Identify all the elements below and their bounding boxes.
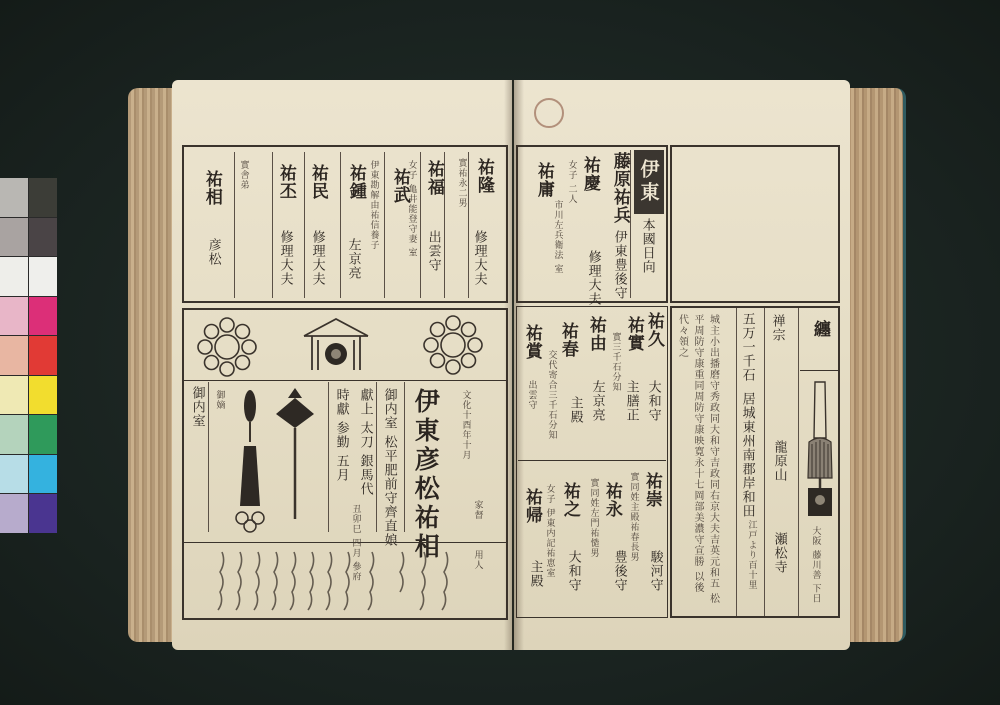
color-calibration-chart	[0, 178, 57, 530]
book-gutter	[504, 80, 524, 650]
stain-mark	[534, 98, 564, 128]
color-swatch	[29, 178, 57, 217]
entry-note: 女子 伊東内記祐恵室	[544, 484, 553, 584]
entry-note: 實同姓主殿祐春長男	[628, 472, 637, 562]
entry-name: 祐之	[560, 482, 578, 518]
stipend: 五万一千石	[740, 312, 754, 382]
entry-name: 祐隆	[474, 158, 492, 194]
temple-sect: 禅宗	[770, 314, 784, 342]
entry-title: 駿河守	[648, 550, 662, 592]
entry-title: 修理大夫	[278, 230, 292, 286]
color-swatch	[29, 218, 57, 257]
color-swatch	[29, 376, 57, 415]
entry-name: 祐庸	[534, 162, 552, 198]
left-page: 祐隆 實祐永二男 修理大夫 祐福 出雲守 祐武 女子 亀井能登守妻 室 祐鍾 伊…	[172, 80, 512, 650]
wife-line: 御内室 松平肥前守齊直娘	[382, 388, 396, 547]
entry-name: 祐由	[586, 316, 604, 352]
entry-name: 祐春	[558, 322, 576, 358]
temple-mountain: 龍原山	[772, 440, 786, 482]
province: 本國日向	[640, 218, 654, 274]
spear-standard-icon	[270, 384, 320, 524]
crest-nine-circles-icon	[196, 316, 258, 378]
succession-note: 家督	[472, 500, 481, 520]
castle: 居城東州南郡岸和田	[740, 392, 754, 518]
publisher-mark: 大阪 藤川善 下日	[810, 526, 819, 610]
entry-title: 出雲守	[426, 230, 440, 272]
entry-name: 祐相	[202, 170, 220, 206]
entry-note: 實同姓左門祐慥男	[588, 478, 597, 558]
entry-note: 伊東勘解由祐信養子	[368, 160, 377, 260]
entry-title: 豊後守	[612, 550, 626, 592]
audience-line: 時獻 参勤 五月	[334, 388, 348, 498]
clan-title: 伊東	[634, 150, 664, 214]
ancestor-name: 藤原祐兵	[610, 152, 628, 224]
open-book: 祐隆 實祐永二男 修理大夫 祐福 出雲守 祐武 女子 亀井能登守妻 室 祐鍾 伊…	[128, 80, 906, 650]
retainer-label: 用人	[472, 550, 481, 610]
retainer-list-cursive	[212, 548, 472, 614]
entry-note: 實三千石分知	[610, 332, 619, 392]
entry-name: 祐民	[308, 164, 326, 200]
audience-line: 獻上 太刀 銀馬代	[358, 388, 372, 498]
color-swatch	[0, 297, 28, 336]
entry-title: 出雲守	[526, 380, 535, 410]
page-stack-left	[128, 88, 178, 642]
crest-gate-icon	[300, 316, 372, 372]
entry-title: 修理大夫	[586, 250, 600, 306]
right-page: 伊東 本國日向 藤原祐兵 伊東豊後守 祐慶 女子 二人 修理大夫 祐庸 市川左兵…	[514, 80, 850, 650]
entry-note: 交代寄合三千石分知	[546, 350, 555, 440]
color-swatch	[29, 455, 57, 494]
entry-note: 市川左兵衛法 室	[552, 200, 561, 274]
color-swatch	[29, 257, 57, 296]
entry-title: 左京亮	[590, 380, 604, 422]
entry-title: 左京亮	[346, 238, 360, 280]
entry-name: 祐賞	[522, 324, 540, 360]
entry-name: 祐帰	[522, 488, 540, 524]
entry-name: 祐丕	[276, 164, 294, 200]
color-swatch	[0, 257, 28, 296]
color-swatch	[0, 415, 28, 454]
entry-name: 祐永	[602, 482, 620, 518]
entry-title: 修理大夫	[472, 230, 486, 286]
entry-name: 祐久	[644, 312, 662, 348]
entry-name: 祐鍾	[346, 164, 364, 200]
entry-name: 祐崇	[642, 472, 660, 508]
entry-title: 主殿	[528, 560, 542, 588]
distance: 江戸より百十里	[746, 520, 755, 590]
color-swatch	[29, 494, 57, 533]
temple-name: 瀬松寺	[772, 532, 786, 574]
color-swatch	[29, 336, 57, 375]
entry-title: 大和守	[566, 550, 580, 592]
entry-note: 實祐永二男	[456, 158, 465, 208]
color-swatch	[0, 336, 28, 375]
color-swatch	[0, 376, 28, 415]
lord-name: 伊東彦松祐相	[412, 388, 438, 562]
entry-title: 彦松	[206, 238, 220, 266]
crest-nine-circles-icon	[422, 314, 484, 376]
side-label: 御嫡	[214, 390, 223, 410]
color-swatch	[29, 297, 57, 336]
side-label: 御内室	[190, 386, 204, 428]
color-swatch	[0, 178, 28, 217]
page-stack-right	[848, 88, 906, 642]
entry-note: 實舎弟	[238, 160, 247, 190]
entry-name: 祐慶	[580, 156, 598, 192]
color-swatch	[0, 494, 28, 533]
domain-history: 城主小出播磨守秀政同大和守吉政同右京大夫吉英元和五 松平周防守康重同周防守康映寛…	[674, 314, 721, 610]
tasseled-spear-icon	[230, 386, 270, 546]
entry-note: 女子 亀井能登守妻 室	[406, 160, 415, 290]
entry-title: 主殿	[568, 396, 582, 424]
entry-name: 祐實	[624, 316, 642, 352]
ancestor-title: 伊東豊後守	[612, 230, 626, 300]
color-swatch	[0, 455, 28, 494]
entry-title: 大和守	[646, 380, 660, 422]
entry-title: 主膳正	[624, 380, 638, 422]
blank-box	[670, 145, 840, 303]
entry-name: 祐福	[424, 160, 442, 196]
matoi-standard-icon	[804, 378, 836, 518]
entry-title: 修理大夫	[310, 230, 324, 286]
standard-label: 纏	[810, 320, 828, 338]
succession-note: 文化十酉年十月	[460, 390, 469, 460]
color-swatch	[29, 415, 57, 454]
entry-note: 女子 二人	[566, 160, 575, 204]
color-swatch	[0, 218, 28, 257]
